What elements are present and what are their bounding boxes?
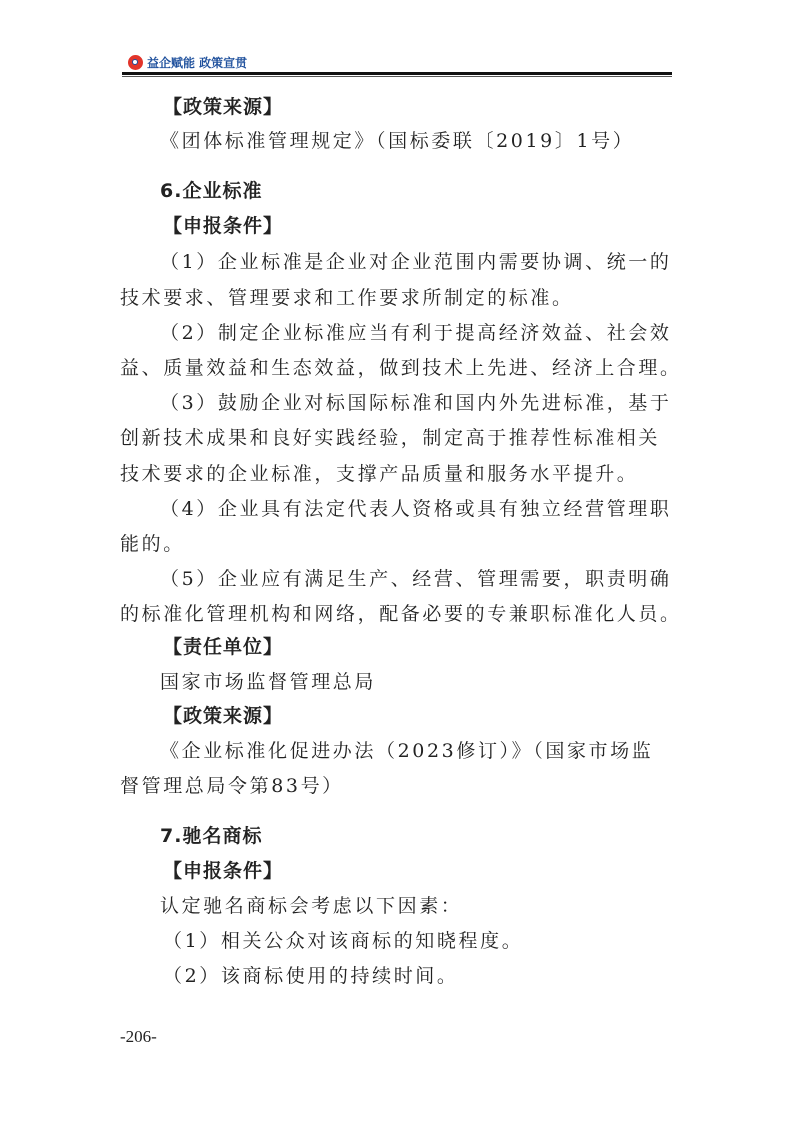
body-text-line: 督管理总局令第83号） (120, 771, 344, 798)
header-rule-thin (122, 76, 672, 77)
body-text-line: 创新技术成果和良好实践经验，制定高于推荐性标准相关 (120, 423, 660, 450)
body-text-line: （2）该商标使用的持续时间。 (163, 961, 459, 988)
section-heading: 【申报条件】 (163, 211, 283, 238)
section-heading: 【责任单位】 (163, 632, 283, 659)
body-text-line: 认定驰名商标会考虑以下因素： (160, 891, 462, 918)
body-text-line: （1）相关公众对该商标的知晓程度。 (163, 926, 523, 953)
body-text-line: （1）企业标准是企业对企业范围内需要协调、统一的 (160, 247, 672, 274)
body-text-line: 《团体标准管理规定》（国标委联〔2019〕1号） (160, 126, 634, 153)
body-text-line: （5）企业应有满足生产、经营、管理需要，职责明确 (160, 564, 672, 591)
body-text-line: 《企业标准化促进办法（2023修订）》（国家市场监 (160, 736, 653, 763)
body-text-line: 益、质量效益和生态效益，做到技术上先进、经济上合理。 (120, 353, 682, 380)
section-heading: 6.企业标准 (160, 176, 262, 203)
section-heading: 7.驰名商标 (160, 821, 262, 848)
header-rule (122, 72, 672, 75)
body-text-line: 的标准化管理机构和网络，配备必要的专兼职标准化人员。 (120, 599, 682, 626)
section-heading: 【政策来源】 (163, 701, 283, 728)
brand-title: 益企赋能 政策宣贯 (147, 54, 247, 71)
company-logo-icon (128, 55, 143, 70)
body-text-line: 技术要求、管理要求和工作要求所制定的标准。 (120, 283, 574, 310)
body-text-line: （2）制定企业标准应当有利于提高经济效益、社会效 (160, 318, 672, 345)
page-header: 益企赋能 政策宣贯 (128, 52, 247, 72)
body-text-line: 技术要求的企业标准，支撑产品质量和服务水平提升。 (120, 459, 638, 486)
body-text-line: 能的。 (120, 529, 185, 556)
section-heading: 【申报条件】 (163, 856, 283, 883)
body-text-line: （4）企业具有法定代表人资格或具有独立经营管理职 (160, 494, 672, 521)
page-number: -206- (120, 1027, 157, 1047)
body-text-line: 国家市场监督管理总局 (160, 667, 376, 694)
section-heading: 【政策来源】 (163, 92, 283, 119)
body-text-line: （3）鼓励企业对标国际标准和国内外先进标准，基于 (160, 388, 672, 415)
